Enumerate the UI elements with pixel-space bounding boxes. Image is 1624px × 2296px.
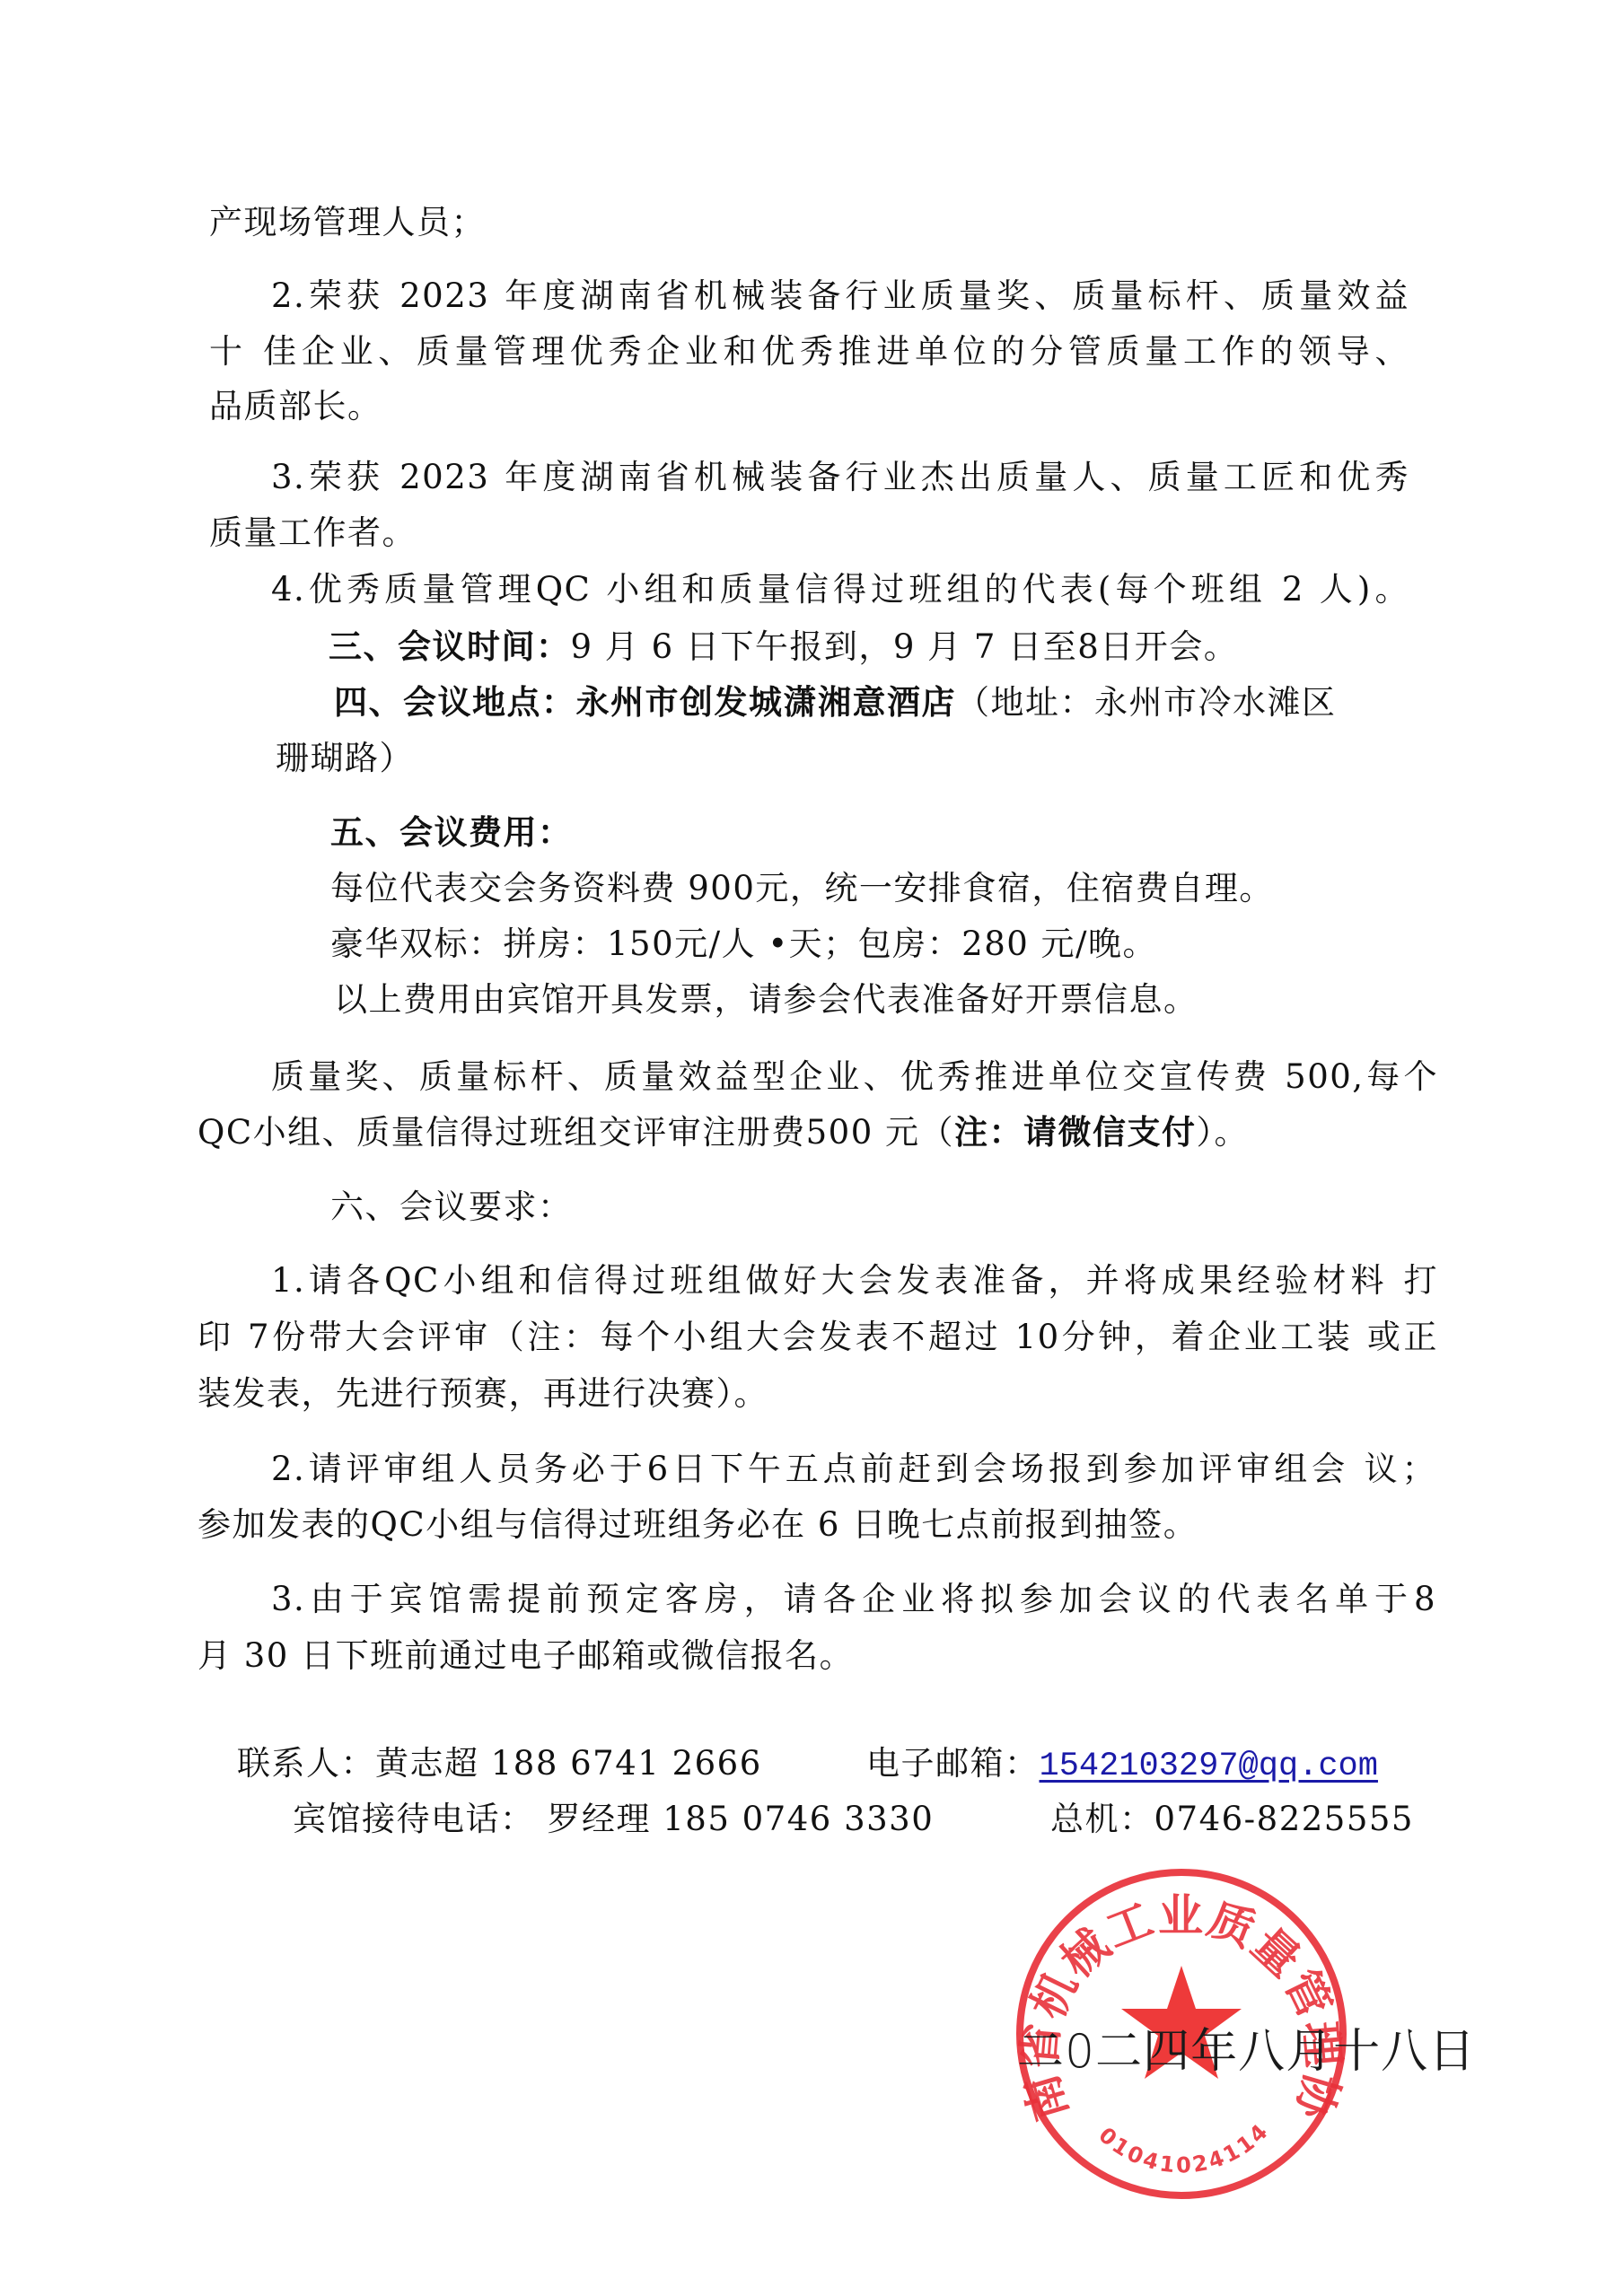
section6-req3-line1: 3.由于宾馆需提前预定客房，请各企业将拟参加会议的代表名单于8 [271,1580,1436,1619]
section6-req2-line2: 参加发表的QC小组与信得过班组务必在 6 日晚七点前报到抽签。 [198,1505,1198,1545]
section6-req1-line1: 1.请各QC小组和信得过班组做好大会发表准备，并将成果经验材料 打 [271,1261,1438,1301]
participants-item2-line3: 品质部长。 [209,387,382,426]
email-link[interactable]: 1542103297@qq.com [1040,1748,1378,1785]
section6-req3-line2: 月 30 日下班前通过电子邮箱或微信报名。 [198,1636,854,1676]
hotel-switchboard: 总机：0746-8225555 [1050,1800,1414,1839]
signature-date: 二0二四年八月十八日 [1017,2025,1476,2079]
section4-address-part2: 珊瑚路） [276,739,414,778]
section5-fee-line1: 质量奖、质量标杆、质量效益型企业、优秀推进单位交宣传费 500,每个 [271,1057,1438,1097]
section6-req2-line1: 2.请评审组人员务必于6日下午五点前赶到会场报到参加评审组会 议； [271,1450,1436,1489]
section5-heading: 五、会议费用： [330,813,573,853]
participants-item2-line1: 2.荣获 2023 年度湖南省机械装备行业质量奖、质量标杆、质量效益 [271,276,1409,316]
section4-address-part1: （地址：永州市冷水滩区 [956,683,1337,722]
section3-heading: 三、会议时间： [329,627,571,666]
section5-line1: 每位代表交会务资料费 900元，统一安排食宿，住宿费自理。 [330,869,1274,908]
participants-item3-line2: 质量工作者。 [209,513,417,553]
participants-item4: 4.优秀质量管理QC 小组和质量信得过班组的代表(每个班组 2 人)。 [271,570,1409,609]
participants-item1-tail: 产现场管理人员； [209,203,486,242]
hotel-contact: 罗经理 185 0746 3330 [548,1800,935,1838]
fee-line2-pre: QC小组、质量信得过班组交评审注册费500 元（ [198,1113,954,1152]
section6-req1-line3: 装发表，先进行预赛，再进行决赛）。 [198,1374,768,1414]
document-page: 产现场管理人员； 2.荣获 2023 年度湖南省机械装备行业质量奖、质量标杆、质… [0,0,1624,2296]
section4-heading: 四、会议地点： [334,683,576,722]
contact-person: 联系人：黄志超 188 6741 2666 [237,1744,762,1783]
participants-item2-line2: 十 佳企业、质量管理优秀企业和优秀推进单位的分管质量工作的领导、 [209,332,1409,372]
fee-line2-wechat-note: 注：请微信支付 [954,1113,1197,1152]
section5-line3: 以上费用由宾馆开具发票，请参会代表准备好开票信息。 [334,980,1198,1020]
email-label: 电子邮箱： [866,1744,1040,1783]
section3-text: 9 月 6 日下午报到，9 月 7 日至8日开会。 [571,627,1239,666]
section5-fee-line2: QC小组、质量信得过班组交评审注册费500 元（注：请微信支付）。 [198,1113,1249,1152]
fee-line2-post: ）。 [1197,1113,1250,1152]
section6-heading: 六、会议要求： [330,1187,573,1227]
hotel-label: 宾馆接待电话： [293,1800,535,1838]
participants-item3-line1: 3.荣获 2023 年度湖南省机械装备行业杰出质量人、质量工匠和优秀 [271,458,1409,497]
contact-email-row: 电子邮箱：1542103297@qq.com [866,1744,1378,1783]
section6-req1-line2: 印 7份带大会评审（注：每个小组大会发表不超过 10分钟，着企业工装 或正 [198,1318,1438,1357]
section3-meeting-time: 三、会议时间：9 月 6 日下午报到，9 月 7 日至8日开会。 [329,627,1238,667]
section4-meeting-venue: 四、会议地点：永州市创发城潇湘意酒店（地址：永州市冷水滩区 [334,683,1337,723]
section4-venue: 永州市创发城潇湘意酒店 [576,683,957,722]
section5-line2: 豪华双标：拼房：150元/人 •天；包房：280 元/晚。 [330,925,1157,964]
hotel-reception-phone: 宾馆接待电话：罗经理 185 0746 3330 [293,1800,934,1839]
